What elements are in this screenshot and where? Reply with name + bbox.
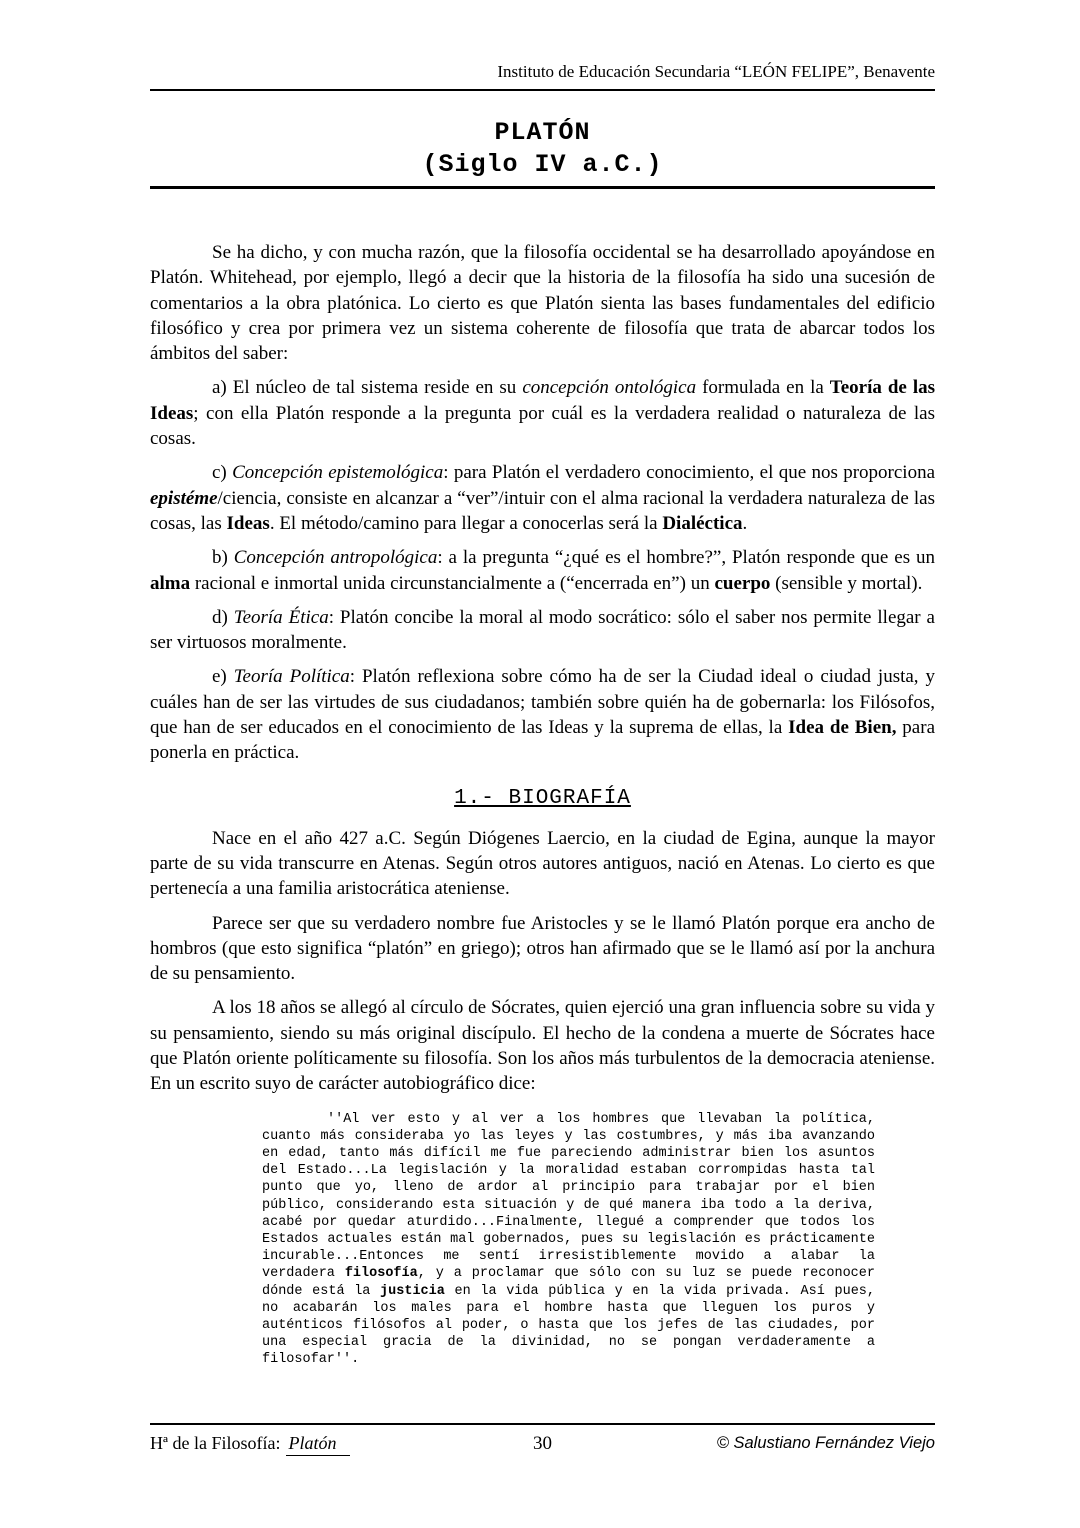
title-line-2: (Siglo IV a.C.) — [150, 149, 935, 181]
paragraph: a) El núcleo de tal sistema reside en su… — [150, 375, 935, 451]
text-run: alma — [150, 573, 190, 594]
text-run: Idea de Bien, — [788, 717, 896, 738]
autobiographical-quote: ''Al ver esto y al ver a los hombres que… — [262, 1111, 875, 1369]
document-page: Instituto de Educación Secundaria “LEÓN … — [0, 0, 1080, 1528]
paragraph: d) Teoría Ética: Platón concibe la moral… — [150, 605, 935, 656]
intro-section: Se ha dicho, y con mucha razón, que la f… — [150, 240, 935, 766]
text-run: A los 18 años se allegó al círculo de Só… — [150, 997, 935, 1094]
title-line-1: PLATÓN — [150, 117, 935, 149]
header-divider — [150, 89, 935, 91]
text-run: . — [743, 513, 748, 534]
paragraph: Nace en el año 427 a.C. Según Diógenes L… — [150, 826, 935, 902]
text-run: c) — [212, 462, 232, 483]
paragraph: b) Concepción antropológica: a la pregun… — [150, 545, 935, 596]
biography-heading: 1.- BIOGRAFÍA — [150, 786, 935, 812]
paragraph: A los 18 años se allegó al círculo de Só… — [150, 995, 935, 1096]
paragraph: c) Concepción epistemológica: para Plató… — [150, 460, 935, 536]
text-run: e) — [212, 666, 234, 687]
text-run: ''Al ver esto y al ver a los hombres que… — [262, 1112, 875, 1282]
text-run: : para Platón el verdadero conocimiento,… — [443, 462, 935, 483]
text-run: d) — [212, 607, 234, 628]
text-run: Nace en el año 427 a.C. Según Diógenes L… — [150, 828, 935, 900]
text-run: cuerpo — [714, 573, 770, 594]
text-run: (sensible y mortal). — [770, 573, 922, 594]
text-run: Dialéctica — [662, 513, 742, 534]
document-title: PLATÓN (Siglo IV a.C.) — [150, 117, 935, 181]
text-run: Parece ser que su verdadero nombre fue A… — [150, 913, 935, 985]
text-run: justicia — [380, 1284, 445, 1299]
text-run: Concepción antropológica — [234, 547, 438, 568]
text-run: filosofía — [345, 1266, 418, 1281]
text-run: Ideas — [227, 513, 270, 534]
text-run: a) El núcleo de tal sistema reside en su — [212, 377, 522, 398]
text-run: b) — [212, 547, 234, 568]
copyright-notice: © Salustiano Fernández Viejo — [717, 1434, 935, 1453]
text-run: Teoría Política — [234, 666, 350, 687]
institution-name: Instituto de Educación Secundaria “LEÓN … — [150, 61, 935, 83]
text-run: epistéme — [150, 488, 218, 509]
text-run: racional e inmortal unida circunstancial… — [190, 573, 714, 594]
text-run: Teoría Ética — [234, 607, 329, 628]
text-run: formulada en la — [696, 377, 830, 398]
text-run: Concepción epistemológica — [232, 462, 443, 483]
document-body: Se ha dicho, y con mucha razón, que la f… — [150, 240, 935, 1369]
paragraph: e) Teoría Política: Platón reflexiona so… — [150, 664, 935, 765]
text-run: concepción ontológica — [522, 377, 696, 398]
paragraph: Se ha dicho, y con mucha razón, que la f… — [150, 240, 935, 366]
biography-section: Nace en el año 427 a.C. Según Diógenes L… — [150, 826, 935, 1097]
text-run: : a la pregunta “¿qué es el hombre?”, Pl… — [437, 547, 935, 568]
text-run: Se ha dicho, y con mucha razón, que la f… — [150, 242, 935, 364]
paragraph: Parece ser que su verdadero nombre fue A… — [150, 911, 935, 987]
text-run: . El método/camino para llegar a conocer… — [270, 513, 663, 534]
footer-divider — [150, 1423, 935, 1425]
title-divider — [150, 186, 935, 189]
text-run: ; con ella Platón responde a la pregunta… — [150, 403, 935, 449]
